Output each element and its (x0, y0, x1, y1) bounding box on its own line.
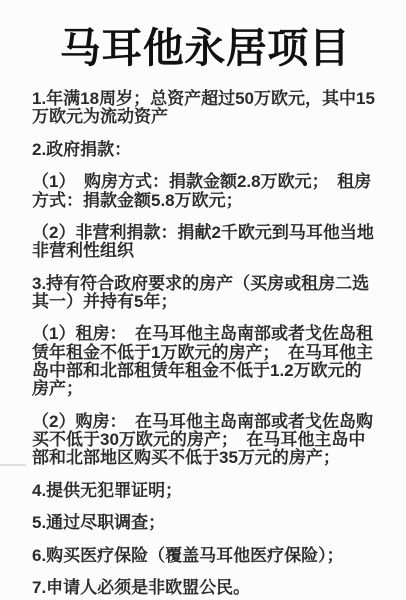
section-property-requirement: 3.持有符合政府要求的房产（买房或租房二选其一）并持有5年； (32, 275, 378, 312)
property-rent-option: （1）租房： 在马耳他主岛南部或者戈佐岛租赁年租金不低于1万欧元的房产； 在马耳… (32, 325, 378, 398)
requirements-list: 1.年满18周岁；总资产超过50万欧元，其中15万欧元为流动资产 2.政府捐款：… (32, 90, 378, 597)
requirement-health-insurance: 6.购买医疗保险（覆盖马耳他医疗保险）； (32, 547, 378, 565)
requirement-due-diligence: 5.通过尽职调查； (32, 514, 378, 532)
scan-artifact-line (0, 464, 26, 466)
requirement-age-assets: 1.年满18周岁；总资产超过50万欧元，其中15万欧元为流动资产 (32, 90, 378, 127)
property-purchase-option: （2）购房： 在马耳他主岛南部或者戈佐岛购买不低于30万欧元的房产； 在马耳他主… (32, 413, 378, 468)
requirement-non-eu-citizen: 7.申请人必须是非欧盟公民。 (32, 579, 378, 597)
page-title: 马耳他永居项目 (26, 26, 384, 71)
donation-nonprofit-option: （2）非营利捐款：捐献2千欧元到马耳他当地非营利性组织 (32, 224, 378, 261)
section-government-donation: 2.政府捐款： (32, 141, 378, 159)
requirement-no-criminal-record: 4.提供无犯罪证明； (32, 482, 378, 500)
document-page: 马耳他永居项目 1.年满18周岁；总资产超过50万欧元，其中15万欧元为流动资产… (0, 0, 406, 600)
donation-purchase-option: （1） 购房方式：捐款金额2.8万欧元； 租房方式：捐款金额5.8万欧元； (32, 173, 378, 210)
